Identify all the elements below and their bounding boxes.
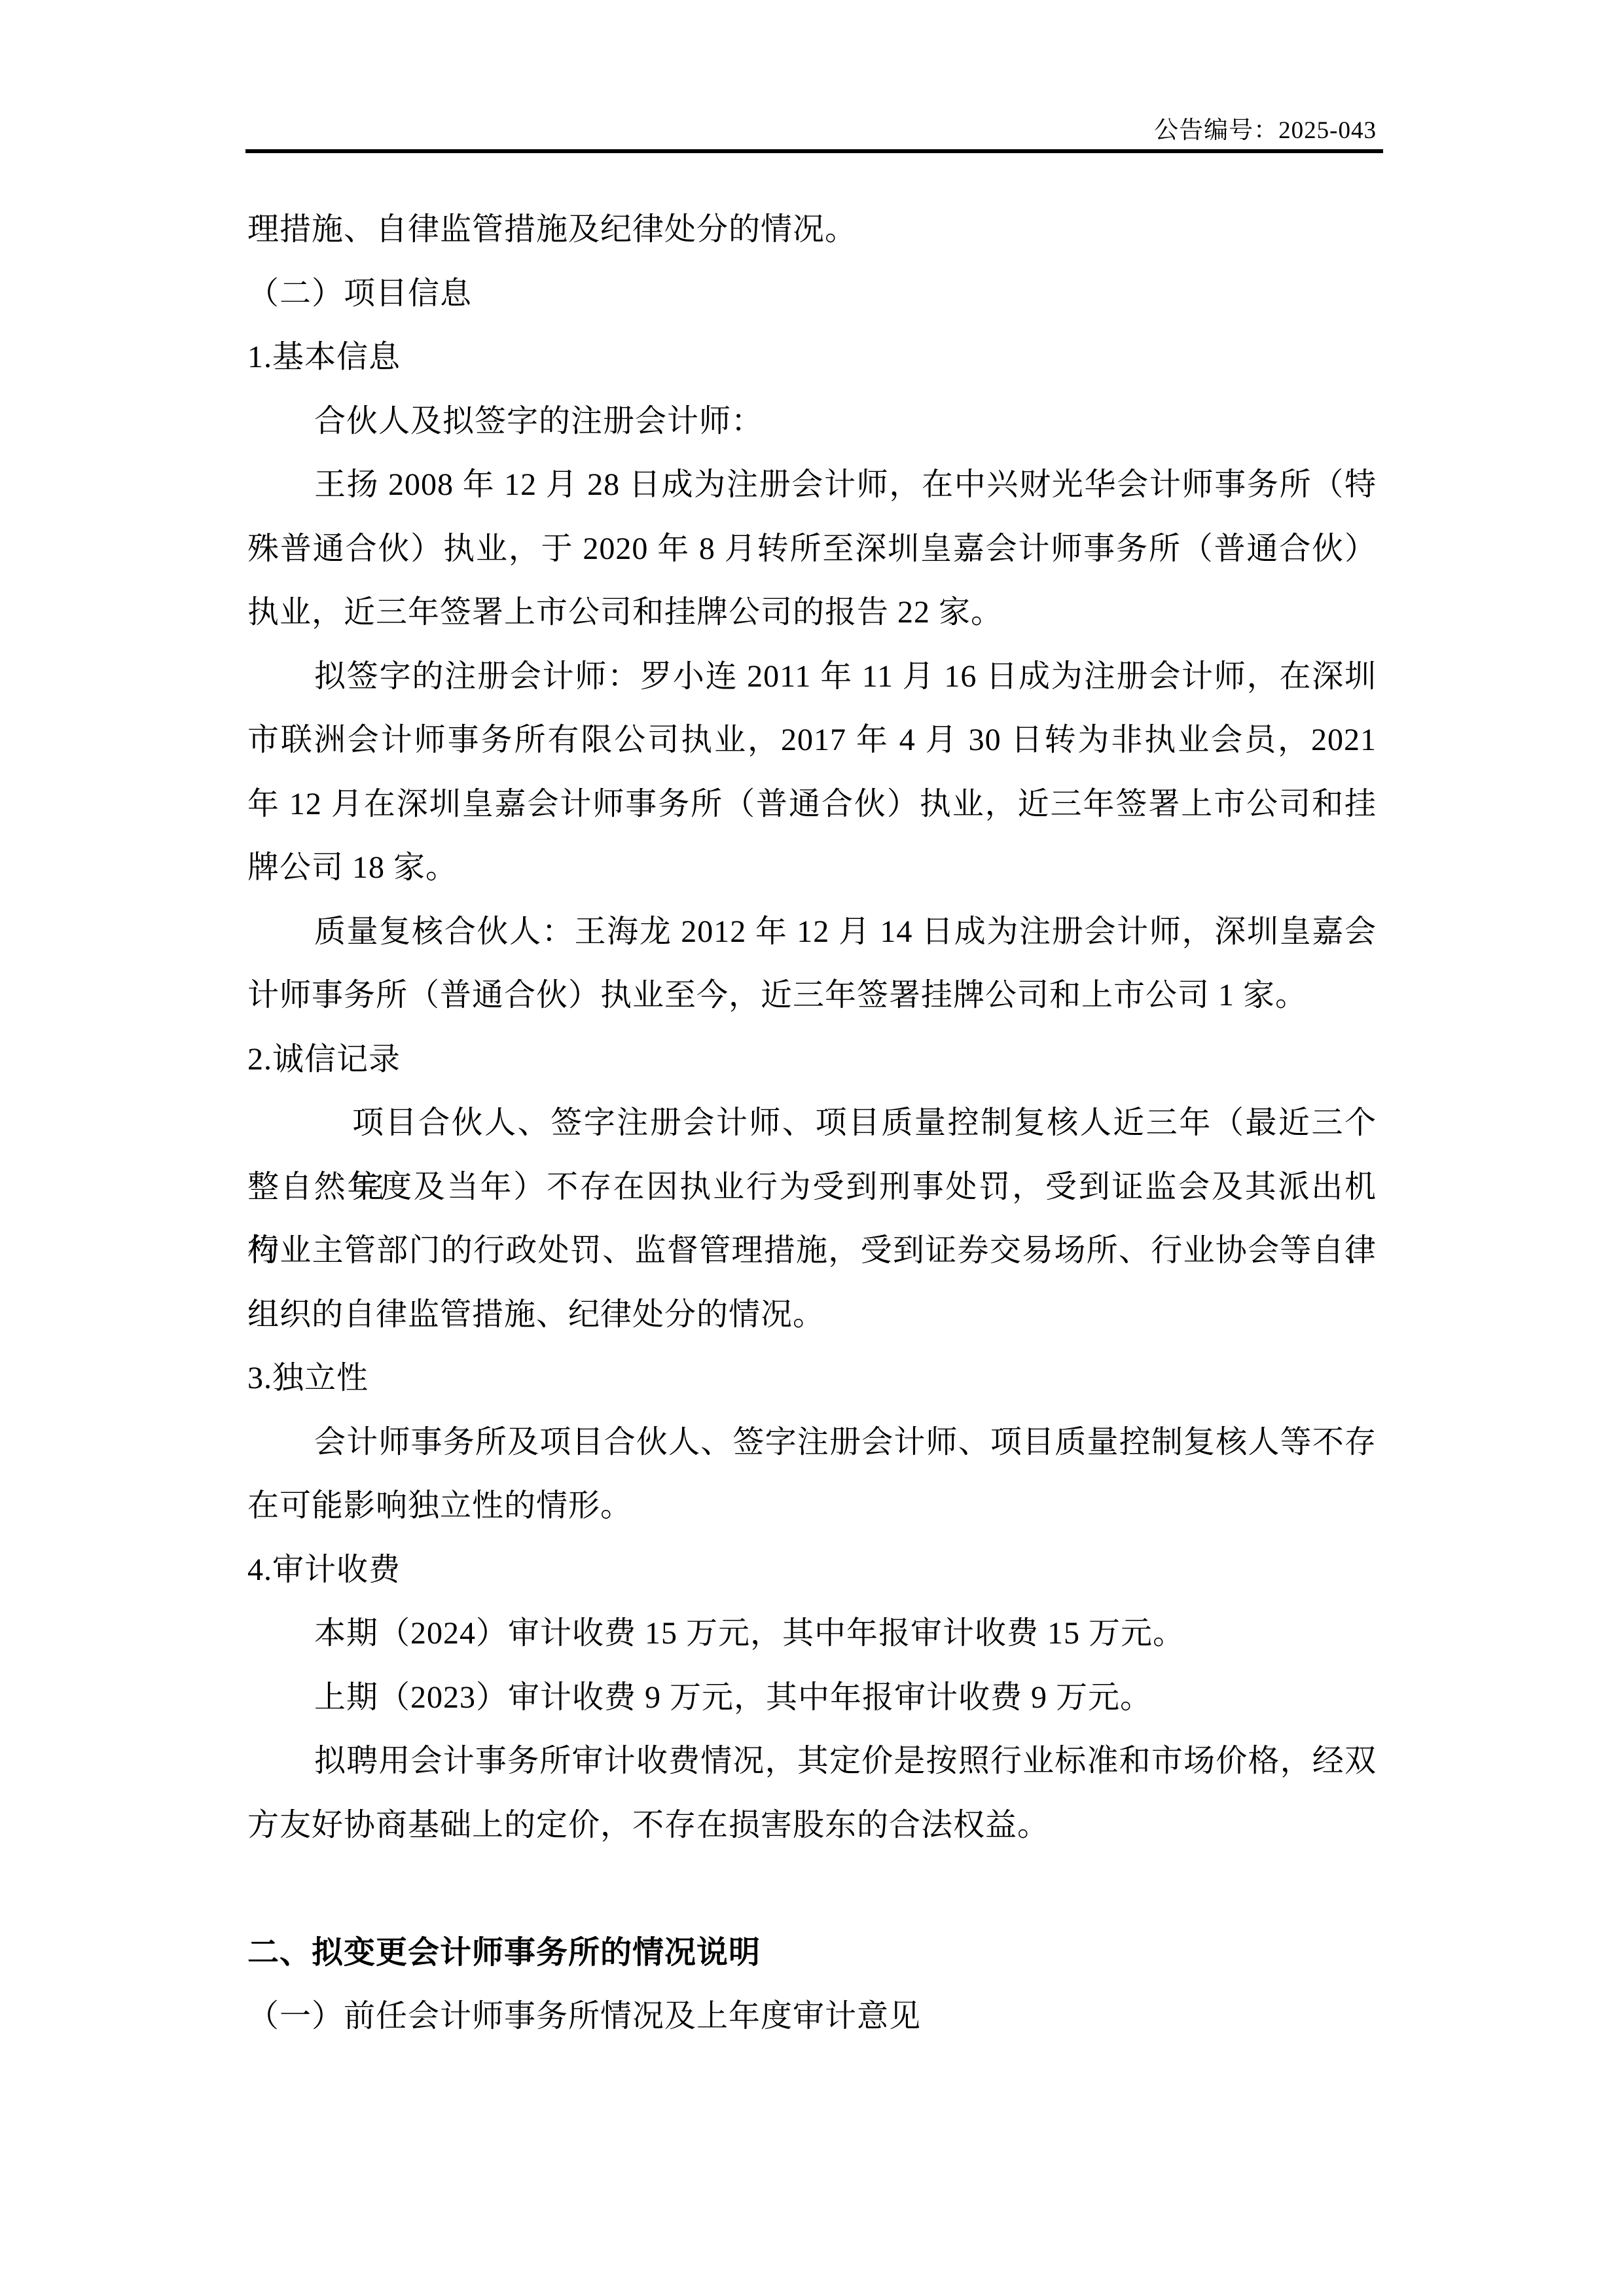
text-line: 理措施、自律监管措施及纪律处分的情况。 bbox=[247, 198, 1377, 262]
text-line: 项目合伙人、签字注册会计师、项目质量控制复核人近三年（最近三个完 bbox=[247, 1091, 1377, 1155]
text-line: 年 12 月在深圳皇嘉会计师事务所（普通合伙）执业，近三年签署上市公司和挂 bbox=[247, 772, 1377, 836]
announcement-number: 公告编号：2025-043 bbox=[247, 118, 1377, 144]
text-line: 组织的自律监管措施、纪律处分的情况。 bbox=[247, 1283, 1377, 1347]
text-line: 在可能影响独立性的情形。 bbox=[247, 1474, 1377, 1538]
text-line: 拟签字的注册会计师：罗小连 2011 年 11 月 16 日成为注册会计师，在深… bbox=[247, 645, 1377, 709]
text-line: 2.诚信记录 bbox=[247, 1028, 1377, 1092]
text-line: 市联洲会计师事务所有限公司执业，2017 年 4 月 30 日转为非执业会员，2… bbox=[247, 708, 1377, 772]
text-line: 本期（2024）审计收费 15 万元，其中年报审计收费 15 万元。 bbox=[247, 1602, 1377, 1666]
text-line: （二）项目信息 bbox=[247, 262, 1377, 326]
document-body: 理措施、自律监管措施及纪律处分的情况。（二）项目信息1.基本信息合伙人及拟签字的… bbox=[247, 198, 1377, 2049]
text-line: 合伙人及拟签字的注册会计师： bbox=[247, 389, 1377, 454]
text-line: 拟聘用会计事务所审计收费情况，其定价是按照行业标准和市场价格，经双 bbox=[247, 1729, 1377, 1793]
text-line: 王扬 2008 年 12 月 28 日成为注册会计师，在中兴财光华会计师事务所（… bbox=[247, 453, 1377, 517]
text-line: 执业，近三年签署上市公司和挂牌公司的报告 22 家。 bbox=[247, 581, 1377, 645]
text-line: （一）前任会计师事务所情况及上年度审计意见 bbox=[247, 1984, 1377, 2049]
text-line: 方友好协商基础上的定价，不存在损害股东的合法权益。 bbox=[247, 1793, 1377, 1857]
text-line: 牌公司 18 家。 bbox=[247, 836, 1377, 900]
text-line: 殊普通合伙）执业，于 2020 年 8 月转所至深圳皇嘉会计师事务所（普通合伙） bbox=[247, 517, 1377, 581]
page: 公告编号：2025-043 理措施、自律监管措施及纪律处分的情况。（二）项目信息… bbox=[0, 0, 1624, 2296]
text-line: 上期（2023）审计收费 9 万元，其中年报审计收费 9 万元。 bbox=[247, 1666, 1377, 1730]
text-line: 会计师事务所及项目合伙人、签字注册会计师、项目质量控制复核人等不存 bbox=[247, 1410, 1377, 1475]
text-line: 整自然年度及当年）不存在因执业行为受到刑事处罚，受到证监会及其派出机构、 bbox=[247, 1155, 1377, 1219]
text-line: 3.独立性 bbox=[247, 1346, 1377, 1410]
text-line: 4.审计收费 bbox=[247, 1538, 1377, 1602]
text-line: 1.基本信息 bbox=[247, 325, 1377, 389]
header-rule bbox=[245, 149, 1383, 153]
section-heading: 二、拟变更会计师事务所的情况说明 bbox=[247, 1921, 1377, 1985]
text-line: 质量复核合伙人：王海龙 2012 年 12 月 14 日成为注册会计师，深圳皇嘉… bbox=[247, 900, 1377, 964]
text-line: 计师事务所（普通合伙）执业至今，近三年签署挂牌公司和上市公司 1 家。 bbox=[247, 963, 1377, 1028]
blank-line bbox=[247, 1857, 1377, 1921]
text-line: 行业主管部门的行政处罚、监督管理措施，受到证券交易场所、行业协会等自律 bbox=[247, 1219, 1377, 1283]
